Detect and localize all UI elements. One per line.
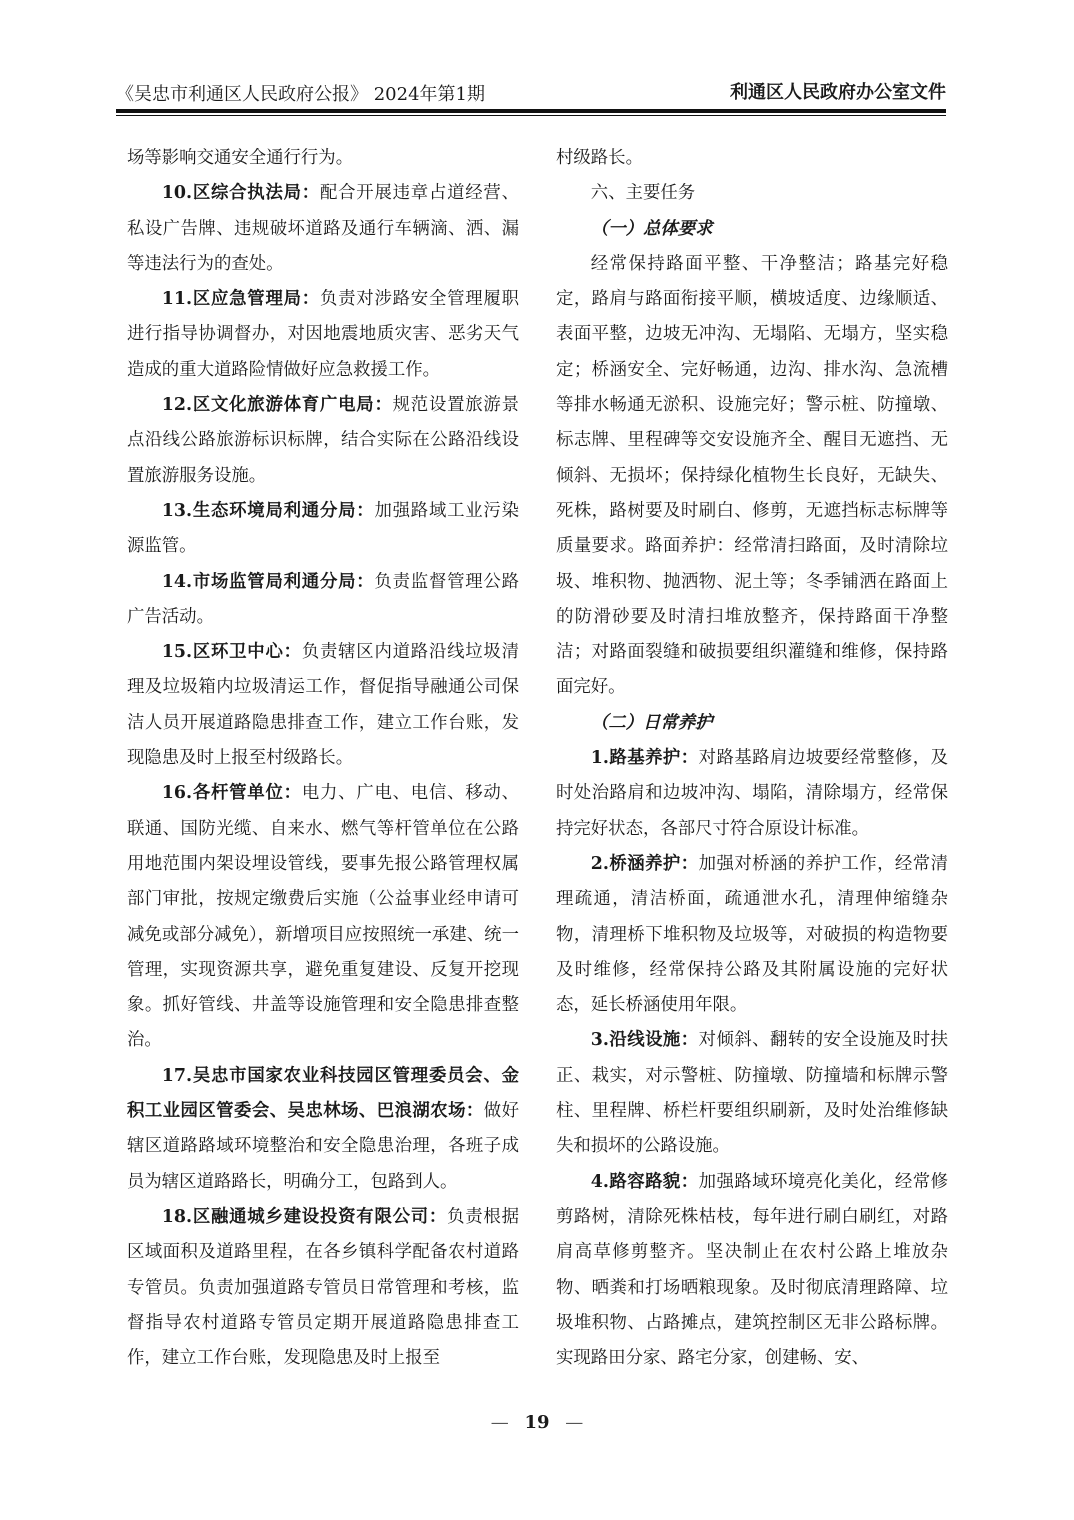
item-lead: 17.吴忠市国家农业科技园区管理委员会、金积工业园区管委会、吴忠林场、巴浪湖农场… [127, 1066, 519, 1121]
paragraph-item-10: 10.区综合执法局：配合开展违章占道经营、私设广告牌、违规破坏道路及通行车辆滴、… [127, 176, 519, 282]
item-lead: 18.区融通城乡建设投资有限公司： [162, 1207, 447, 1227]
item-lead: 4.路容路貌： [591, 1172, 699, 1192]
section-heading: 六、主要任务 [556, 176, 948, 211]
item-text: 加强对桥涵的养护工作，经常清理疏通，清洁桥面，疏通泄水孔，清理伸缩缝杂物，清理桥… [556, 854, 948, 1015]
subsection-heading-general: （一）总体要求 [556, 212, 948, 247]
header-rule-thick [116, 109, 946, 113]
paragraph-text: 场等影响交通安全通行行为。 [127, 148, 353, 168]
paragraph: 场等影响交通安全通行行为。 [127, 141, 519, 176]
paragraph-maintenance-4: 4.路容路貌：加强路域环境亮化美化，经常修剪路树，清除死株枯枝，每年进行刷白刷红… [556, 1165, 948, 1377]
publication-title: 《吴忠市利通区人民政府公报》 2024年第1期 [116, 80, 485, 106]
footer-dash-right: — [565, 1412, 583, 1433]
item-lead: 13.生态环境局利通分局： [162, 501, 375, 521]
paragraph-item-17: 17.吴忠市国家农业科技园区管理委员会、金积工业园区管委会、吴忠林场、巴浪湖农场… [127, 1059, 519, 1200]
paragraph-item-14: 14.市场监管局利通分局：负责监督管理公路广告活动。 [127, 565, 519, 636]
item-lead: 15.区环卫中心： [162, 642, 302, 662]
page-number: 19 [524, 1412, 549, 1433]
item-text: 负责根据区域面积及道路里程，在各乡镇科学配备农村道路专管员。负责加强道路专管员日… [127, 1207, 519, 1368]
item-lead: 10.区综合执法局： [162, 183, 320, 203]
paragraph-item-12: 12.区文化旅游体育广电局：规范设置旅游景点沿线公路旅游标识标牌，结合实际在公路… [127, 388, 519, 494]
paragraph-maintenance-3: 3.沿线设施：对倾斜、翻转的安全设施及时扶正、栽实，对示警桩、防撞墩、防撞墙和标… [556, 1023, 948, 1164]
item-lead: 16.各杆管单位： [162, 783, 302, 803]
paragraph-item-16: 16.各杆管单位：电力、广电、电信、移动、联通、国防光缆、自来水、燃气等杆管单位… [127, 776, 519, 1058]
item-text: 电力、广电、电信、移动、联通、国防光缆、自来水、燃气等杆管单位在公路用地范围内架… [127, 783, 519, 1050]
page-footer: — 19 — [0, 1412, 1074, 1433]
general-requirements-paragraph: 经常保持路面平整、干净整洁；路基完好稳定，路肩与路面衔接平顺，横坡适度、边缘顺适… [556, 247, 948, 706]
paragraph-item-18: 18.区融通城乡建设投资有限公司：负责根据区域面积及道路里程，在各乡镇科学配备农… [127, 1200, 519, 1376]
item-lead: 12.区文化旅游体育广电局： [162, 395, 393, 415]
item-lead: 1.路基养护： [591, 748, 699, 768]
left-column: 场等影响交通安全通行行为。 10.区综合执法局：配合开展违章占道经营、私设广告牌… [127, 141, 519, 1376]
continuation-text: 村级路长。 [556, 141, 948, 176]
item-lead: 14.市场监管局利通分局： [162, 572, 375, 592]
paragraph-item-15: 15.区环卫中心：负责辖区内道路沿线垃圾清理及垃圾箱内垃圾清运工作，督促指导融通… [127, 635, 519, 776]
item-lead: 11.区应急管理局： [162, 289, 320, 309]
right-column: 村级路长。 六、主要任务 （一）总体要求 经常保持路面平整、干净整洁；路基完好稳… [556, 141, 948, 1376]
item-lead: 3.沿线设施： [591, 1030, 699, 1050]
header-rule-thin [116, 115, 946, 116]
page-header: 《吴忠市利通区人民政府公报》 2024年第1期 利通区人民政府办公室文件 [116, 76, 946, 106]
footer-dash-left: — [491, 1412, 509, 1433]
item-lead: 2.桥涵养护： [591, 854, 699, 874]
paragraph-item-11: 11.区应急管理局：负责对涉路安全管理履职进行指导协调督办，对因地震地质灾害、恶… [127, 282, 519, 388]
issuing-office: 利通区人民政府办公室文件 [730, 78, 946, 104]
paragraph-maintenance-2: 2.桥涵养护：加强对桥涵的养护工作，经常清理疏通，清洁桥面，疏通泄水孔，清理伸缩… [556, 847, 948, 1023]
item-text: 加强路域环境亮化美化，经常修剪路树，清除死株枯枝，每年进行刷白刷红，对路肩高草修… [556, 1172, 948, 1368]
paragraph-item-13: 13.生态环境局利通分局：加强路域工业污染源监管。 [127, 494, 519, 565]
subsection-heading-daily: （二）日常养护 [556, 706, 948, 741]
paragraph-maintenance-1: 1.路基养护：对路基路肩边坡要经常整修，及时处治路肩和边坡冲沟、塌陷，清除塌方，… [556, 741, 948, 847]
